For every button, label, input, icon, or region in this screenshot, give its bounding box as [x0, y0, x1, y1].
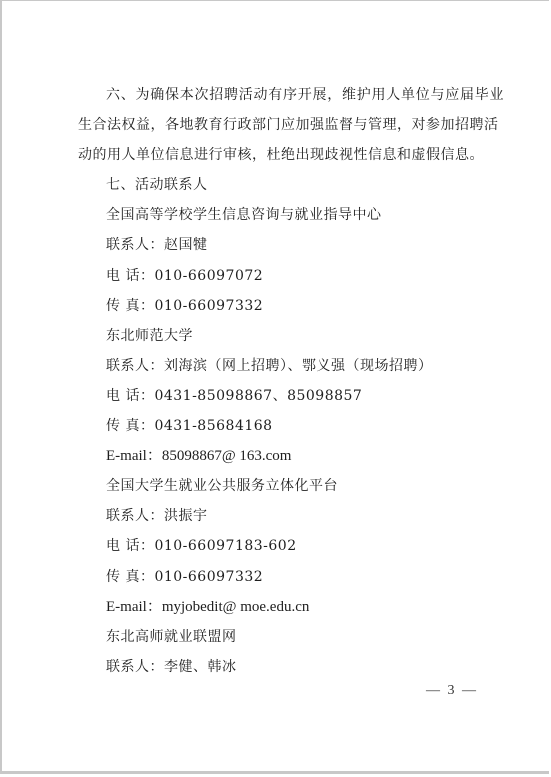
- contact-2-phone: 电 话：0431-85098867、85098857: [78, 381, 478, 411]
- contact-1-organization: 全国高等学校学生信息咨询与就业指导中心: [78, 200, 478, 230]
- contact-3-email: E-mail：myjobedit@ moe.edu.cn: [78, 592, 478, 622]
- document-body: 六、为确保本次招聘活动有序开展，维护用人单位与应届毕业 生合法权益，各地教育行政…: [78, 80, 478, 682]
- page-number: — 3 —: [426, 683, 478, 699]
- contact-3-fax: 传 真：010-66097332: [78, 562, 478, 592]
- contact-1-fax: 传 真：010-66097332: [78, 291, 478, 321]
- contact-2-email: E-mail：85098867@ 163.com: [78, 441, 478, 471]
- section-seven-heading: 七、活动联系人: [78, 170, 478, 200]
- section-six-line-2: 生合法权益，各地教育行政部门应加强监督与管理，对参加招聘活: [78, 110, 476, 140]
- contact-3-organization: 全国大学生就业公共服务立体化平台: [78, 471, 478, 501]
- contact-3-phone: 电 话：010-66097183-602: [78, 531, 478, 561]
- contact-4-person: 联系人：李健、韩冰: [78, 652, 478, 682]
- section-six-line-1: 六、为确保本次招聘活动有序开展，维护用人单位与应届毕业: [78, 80, 504, 110]
- contact-3-person: 联系人：洪振宇: [78, 501, 478, 531]
- contact-1-person: 联系人：赵国犍: [78, 230, 478, 260]
- document-page: 六、为确保本次招聘活动有序开展，维护用人单位与应届毕业 生合法权益，各地教育行政…: [0, 0, 549, 774]
- section-six-line-3: 动的用人单位信息进行审核，杜绝出现歧视性信息和虚假信息。: [78, 140, 476, 170]
- contact-1-phone: 电 话：010-66097072: [78, 261, 478, 291]
- contact-2-fax: 传 真：0431-85684168: [78, 411, 478, 441]
- contact-2-organization: 东北师范大学: [78, 321, 478, 351]
- contact-2-person: 联系人：刘海滨（网上招聘）、鄂义强（现场招聘）: [78, 351, 478, 381]
- contact-4-organization: 东北高师就业联盟网: [78, 622, 478, 652]
